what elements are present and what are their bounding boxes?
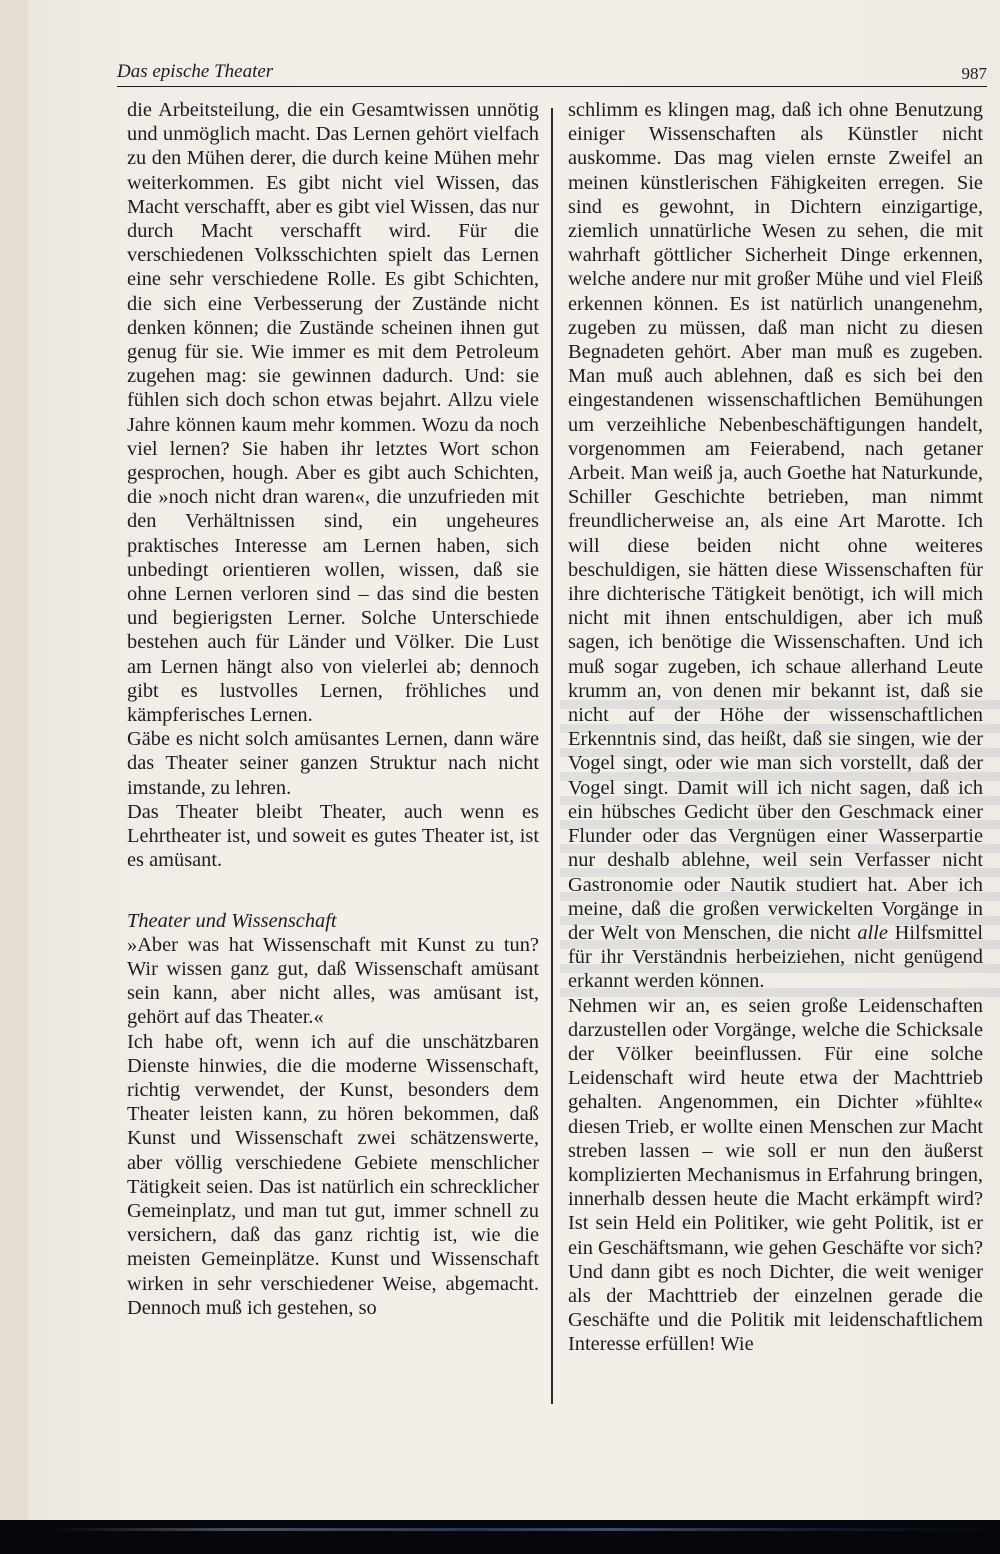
- book-gutter: [0, 0, 29, 1520]
- section-heading: Theater und Wissenschaft: [127, 909, 539, 933]
- paragraph: die Arbeitsteilung, die ein Gesamtwissen…: [127, 98, 539, 727]
- right-column: schlimm es klingen mag, daß ich ohne Ben…: [568, 98, 983, 1357]
- running-head: Das epische Theater 987: [117, 60, 987, 87]
- left-column: die Arbeitsteilung, die ein Gesamtwissen…: [127, 98, 539, 1320]
- paragraph: schlimm es klingen mag, daß ich ohne Ben…: [568, 98, 983, 994]
- paragraph-quote: »Aber was hat Wissenschaft mit Kunst zu …: [127, 933, 539, 1030]
- section-spacer: [127, 873, 539, 909]
- paragraph: Nehmen wir an, es seien große Leidenscha…: [568, 994, 983, 1357]
- paragraph: Ich habe oft, wenn ich auf die unschätzb…: [127, 1030, 539, 1320]
- paragraph: Gäbe es nicht solch amüsantes Lernen, da…: [127, 727, 539, 800]
- edge-sheen: [50, 1528, 990, 1531]
- text-run: schlimm es klingen mag, daß ich ohne Ben…: [568, 99, 983, 944]
- page-number: 987: [962, 62, 988, 86]
- column-rule: [551, 108, 553, 1404]
- running-title: Das epische Theater: [117, 60, 273, 84]
- paragraph: Das Theater bleibt Theater, auch wenn es…: [127, 800, 539, 873]
- emphasis: alle: [857, 922, 888, 944]
- scanner-bottom-edge: [0, 1520, 1000, 1554]
